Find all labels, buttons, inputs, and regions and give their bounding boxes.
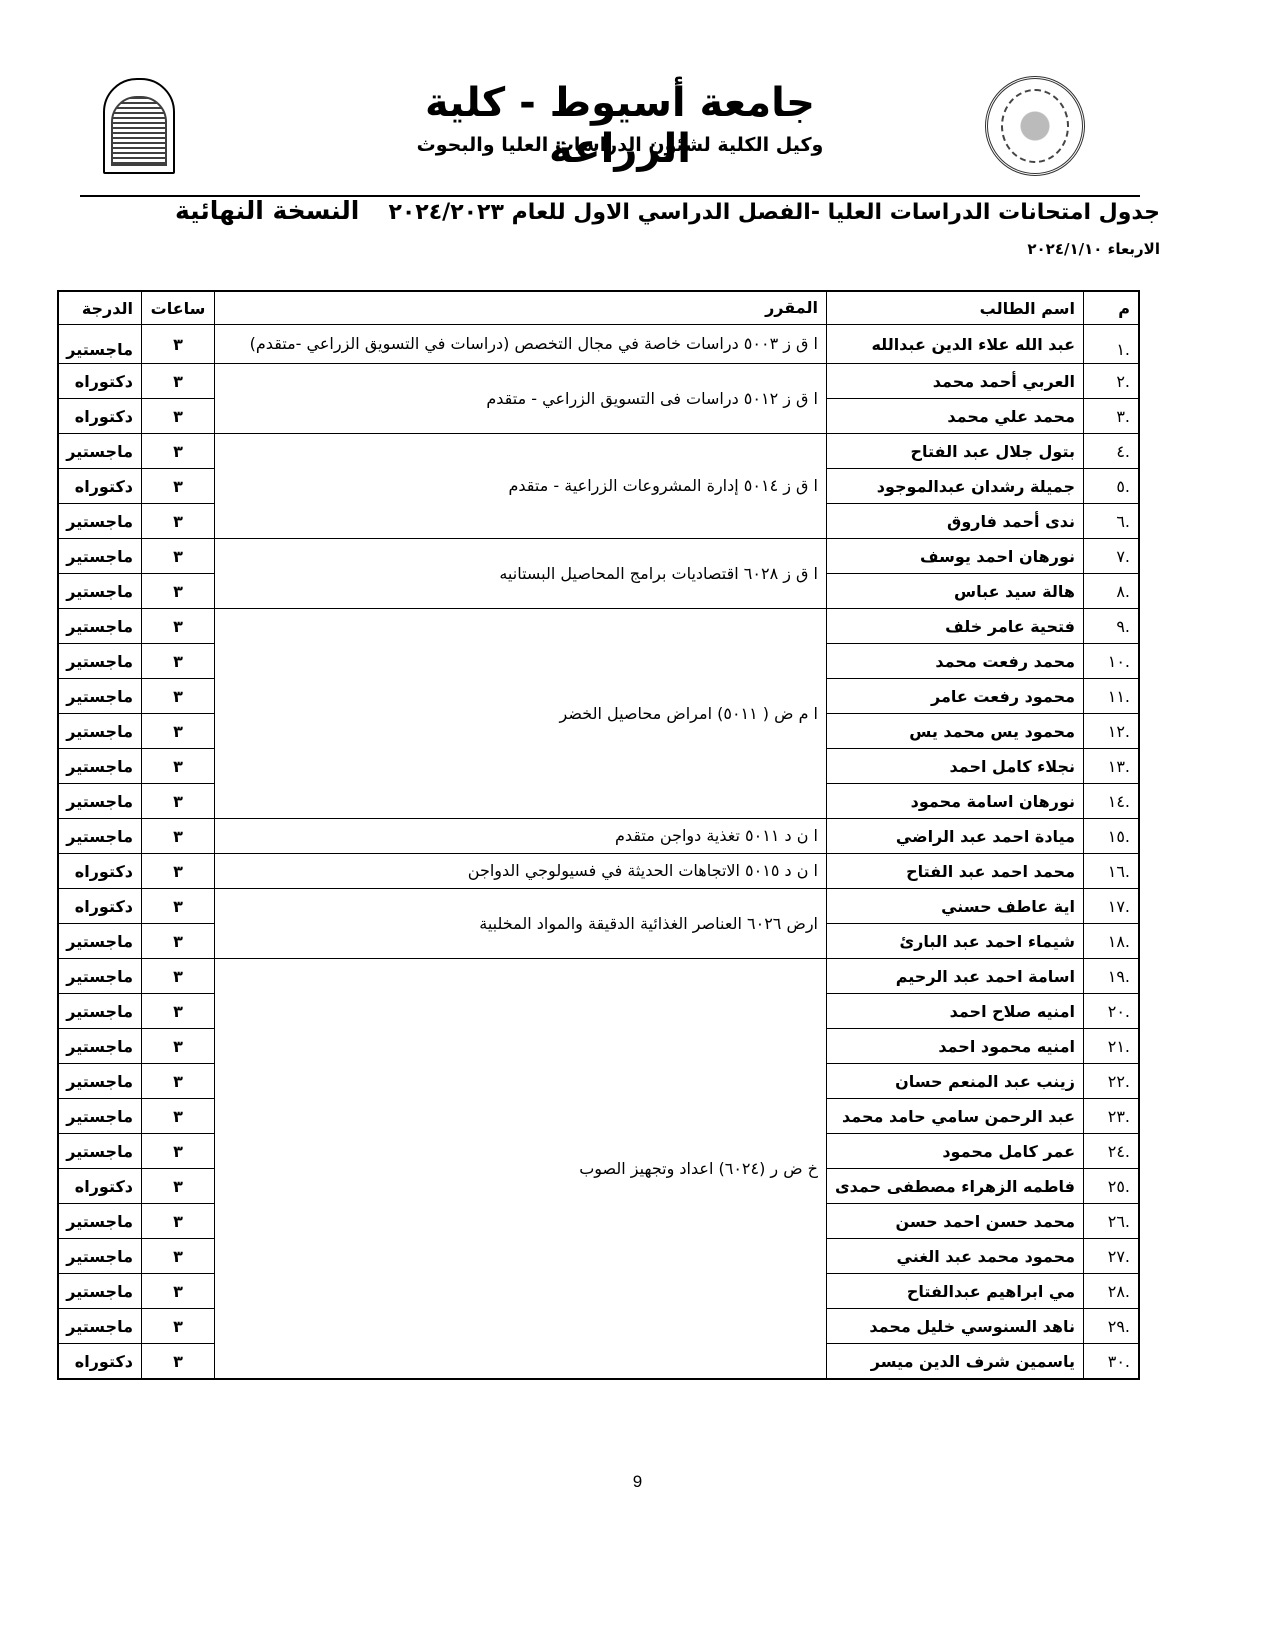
degree-cell: دكتوراه: [58, 1169, 142, 1204]
row-num: .٣: [1084, 399, 1140, 434]
course-cell: خ ض ر (٦٠٢٤) اعداد وتجهيز الصوب: [215, 959, 827, 1380]
student-name: محمد احمد عبد الفتاح: [827, 854, 1084, 889]
faculty-seal-icon: [985, 76, 1085, 176]
exam-date: الاربعاء ٢٠٢٤/١/١٠: [1027, 240, 1160, 258]
header-course: المقرر: [215, 291, 827, 325]
row-num: .٤: [1084, 434, 1140, 469]
row-num: .٢: [1084, 364, 1140, 399]
student-name: عبد الرحمن سامي حامد محمد: [827, 1099, 1084, 1134]
degree-cell: ماجستير: [58, 609, 142, 644]
table-row: .١٥ ميادة احمد عبد الراضي ا ن د ٥٠١١ تغذ…: [58, 819, 1139, 854]
degree-cell: دكتوراه: [58, 1344, 142, 1380]
degree-cell: ماجستير: [58, 1309, 142, 1344]
hours-cell: ٣: [142, 889, 215, 924]
student-name: امنيه محمود احمد: [827, 1029, 1084, 1064]
row-num: .١٩: [1084, 959, 1140, 994]
row-num: .١٠: [1084, 644, 1140, 679]
degree-cell: دكتوراه: [58, 399, 142, 434]
row-num: .٧: [1084, 539, 1140, 574]
student-name: محمد رفعت محمد: [827, 644, 1084, 679]
degree-cell: دكتوراه: [58, 469, 142, 504]
student-name: محمود محمد عبد الغني: [827, 1239, 1084, 1274]
hours-cell: ٣: [142, 924, 215, 959]
table-row: .١٧ اية عاطف حسني ارض ٦٠٢٦ العناصر الغذا…: [58, 889, 1139, 924]
hours-cell: ٣: [142, 679, 215, 714]
row-num: .١٨: [1084, 924, 1140, 959]
student-name: محمد علي محمد: [827, 399, 1084, 434]
student-name: عبد الله علاء الدين عبدالله: [827, 325, 1084, 364]
table-row: .٢ العربي أحمد محمد ا ق ز ٥٠١٢ دراسات فى…: [58, 364, 1139, 399]
hours-cell: ٣: [142, 784, 215, 819]
degree-cell: دكتوراه: [58, 364, 142, 399]
student-name: نورهان اسامة محمود: [827, 784, 1084, 819]
student-name: فاطمه الزهراء مصطفى حمدى: [827, 1169, 1084, 1204]
student-name: مي ابراهيم عبدالفتاح: [827, 1274, 1084, 1309]
row-num: .٦: [1084, 504, 1140, 539]
row-num: .١٧: [1084, 889, 1140, 924]
university-emblem-icon: [103, 78, 175, 174]
student-name: هالة سيد عباس: [827, 574, 1084, 609]
hours-cell: ٣: [142, 1309, 215, 1344]
row-num: .٥: [1084, 469, 1140, 504]
page-number: 9: [0, 1472, 1275, 1492]
degree-cell: ماجستير: [58, 784, 142, 819]
course-cell: ا م ض ( ٥٠١١) امراض محاصيل الخضر: [215, 609, 827, 819]
row-num: .٣٠: [1084, 1344, 1140, 1380]
hours-cell: ٣: [142, 325, 215, 364]
row-num: .١٦: [1084, 854, 1140, 889]
course-cell: ا ق ز ٦٠٢٨ اقتصاديات برامج المحاصيل البس…: [215, 539, 827, 609]
course-cell: ا ق ز ٥٠١٤ إدارة المشروعات الزراعية - مت…: [215, 434, 827, 539]
row-num: .٢٩: [1084, 1309, 1140, 1344]
degree-cell: ماجستير: [58, 539, 142, 574]
degree-cell: ماجستير: [58, 959, 142, 994]
degree-cell: ماجستير: [58, 644, 142, 679]
student-name: بتول جلال عبد الفتاح: [827, 434, 1084, 469]
degree-cell: دكتوراه: [58, 854, 142, 889]
hours-cell: ٣: [142, 364, 215, 399]
row-num: .١٤: [1084, 784, 1140, 819]
table-row: .١ عبد الله علاء الدين عبدالله ا ق ز ٥٠٠…: [58, 325, 1139, 364]
row-num: .١١: [1084, 679, 1140, 714]
student-name: جميلة رشدان عبدالموجود: [827, 469, 1084, 504]
row-num: .٢٨: [1084, 1274, 1140, 1309]
hours-cell: ٣: [142, 994, 215, 1029]
row-num: .٢١: [1084, 1029, 1140, 1064]
row-num: .١: [1084, 325, 1140, 364]
degree-cell: ماجستير: [58, 1064, 142, 1099]
student-name: اية عاطف حسني: [827, 889, 1084, 924]
student-name: اسامة احمد عبد الرحيم: [827, 959, 1084, 994]
table-row: .٩ فتحية عامر خلف ا م ض ( ٥٠١١) امراض مح…: [58, 609, 1139, 644]
degree-cell: ماجستير: [58, 325, 142, 364]
degree-cell: ماجستير: [58, 819, 142, 854]
student-name: ميادة احمد عبد الراضي: [827, 819, 1084, 854]
hours-cell: ٣: [142, 749, 215, 784]
student-name: نجلاء كامل احمد: [827, 749, 1084, 784]
course-cell: ا ق ز ٥٠١٢ دراسات فى التسويق الزراعي - م…: [215, 364, 827, 434]
hours-cell: ٣: [142, 574, 215, 609]
student-name: امنيه صلاح احمد: [827, 994, 1084, 1029]
hours-cell: ٣: [142, 399, 215, 434]
student-name: شيماء احمد عبد البارئ: [827, 924, 1084, 959]
hours-cell: ٣: [142, 1274, 215, 1309]
degree-cell: ماجستير: [58, 504, 142, 539]
hours-cell: ٣: [142, 1204, 215, 1239]
header-hours: ساعات: [142, 291, 215, 325]
vice-dean-subtitle: وكيل الكلية لشئون الدراسات العليا والبحو…: [380, 134, 860, 156]
row-num: .١٥: [1084, 819, 1140, 854]
hours-cell: ٣: [142, 1134, 215, 1169]
table-row: .٧ نورهان احمد يوسف ا ق ز ٦٠٢٨ اقتصاديات…: [58, 539, 1139, 574]
course-cell: ا ق ز ٥٠٠٣ دراسات خاصة في مجال التخصص (د…: [215, 325, 827, 364]
degree-cell: ماجستير: [58, 679, 142, 714]
hours-cell: ٣: [142, 1344, 215, 1380]
student-name: زينب عبد المنعم حسان: [827, 1064, 1084, 1099]
table-row: .١٦ محمد احمد عبد الفتاح ا ن د ٥٠١٥ الات…: [58, 854, 1139, 889]
row-num: .٢٠: [1084, 994, 1140, 1029]
hours-cell: ٣: [142, 959, 215, 994]
row-num: .١٣: [1084, 749, 1140, 784]
degree-cell: ماجستير: [58, 1204, 142, 1239]
row-num: .٢٧: [1084, 1239, 1140, 1274]
row-num: .٨: [1084, 574, 1140, 609]
student-name: فتحية عامر خلف: [827, 609, 1084, 644]
header-num: م: [1084, 291, 1140, 325]
hours-cell: ٣: [142, 714, 215, 749]
exam-schedule-table: م اسم الطالب المقرر ساعات الدرجة .١ عبد …: [57, 290, 1140, 1380]
hours-cell: ٣: [142, 1029, 215, 1064]
final-copy-label: النسخة النهائية: [175, 196, 359, 225]
student-name: ناهد السنوسي خليل محمد: [827, 1309, 1084, 1344]
degree-cell: ماجستير: [58, 574, 142, 609]
hours-cell: ٣: [142, 1064, 215, 1099]
course-cell: ا ن د ٥٠١٥ الاتجاهات الحديثة في فسيولوجي…: [215, 854, 827, 889]
degree-cell: ماجستير: [58, 749, 142, 784]
student-name: محمود يس محمد يس: [827, 714, 1084, 749]
degree-cell: ماجستير: [58, 434, 142, 469]
degree-cell: دكتوراه: [58, 889, 142, 924]
table-row: .١٩ اسامة احمد عبد الرحيم خ ض ر (٦٠٢٤) ا…: [58, 959, 1139, 994]
hours-cell: ٣: [142, 1099, 215, 1134]
degree-cell: ماجستير: [58, 1029, 142, 1064]
hours-cell: ٣: [142, 609, 215, 644]
hours-cell: ٣: [142, 434, 215, 469]
degree-cell: ماجستير: [58, 1099, 142, 1134]
student-name: نورهان احمد يوسف: [827, 539, 1084, 574]
hours-cell: ٣: [142, 644, 215, 679]
hours-cell: ٣: [142, 1239, 215, 1274]
header-degree: الدرجة: [58, 291, 142, 325]
degree-cell: ماجستير: [58, 924, 142, 959]
course-cell: ارض ٦٠٢٦ العناصر الغذائية الدقيقة والموا…: [215, 889, 827, 959]
degree-cell: ماجستير: [58, 994, 142, 1029]
university-title: جامعة أسيوط - كلية الزراعة: [360, 80, 880, 172]
document-title: جدول امتحانات الدراسات العليا -الفصل الد…: [388, 200, 1160, 225]
row-num: .٢٢: [1084, 1064, 1140, 1099]
hours-cell: ٣: [142, 469, 215, 504]
degree-cell: ماجستير: [58, 1239, 142, 1274]
degree-cell: ماجستير: [58, 714, 142, 749]
page-header: جامعة أسيوط - كلية الزراعة وكيل الكلية ل…: [0, 70, 1275, 180]
row-num: .١٢: [1084, 714, 1140, 749]
student-name: عمر كامل محمود: [827, 1134, 1084, 1169]
hours-cell: ٣: [142, 819, 215, 854]
row-num: .٢٦: [1084, 1204, 1140, 1239]
hours-cell: ٣: [142, 539, 215, 574]
hours-cell: ٣: [142, 1169, 215, 1204]
student-name: ندى أحمد فاروق: [827, 504, 1084, 539]
header-student-name: اسم الطالب: [827, 291, 1084, 325]
degree-cell: ماجستير: [58, 1274, 142, 1309]
table-row: .٤ بتول جلال عبد الفتاح ا ق ز ٥٠١٤ إدارة…: [58, 434, 1139, 469]
student-name: ياسمين شرف الدين ميسر: [827, 1344, 1084, 1380]
student-name: العربي أحمد محمد: [827, 364, 1084, 399]
hours-cell: ٣: [142, 854, 215, 889]
student-name: محمد حسن احمد حسن: [827, 1204, 1084, 1239]
row-num: .٢٣: [1084, 1099, 1140, 1134]
row-num: .٢٥: [1084, 1169, 1140, 1204]
course-cell: ا ن د ٥٠١١ تغذية دواجن متقدم: [215, 819, 827, 854]
table-header-row: م اسم الطالب المقرر ساعات الدرجة: [58, 291, 1139, 325]
hours-cell: ٣: [142, 504, 215, 539]
row-num: .٢٤: [1084, 1134, 1140, 1169]
row-num: .٩: [1084, 609, 1140, 644]
degree-cell: ماجستير: [58, 1134, 142, 1169]
student-name: محمود رفعت عامر: [827, 679, 1084, 714]
